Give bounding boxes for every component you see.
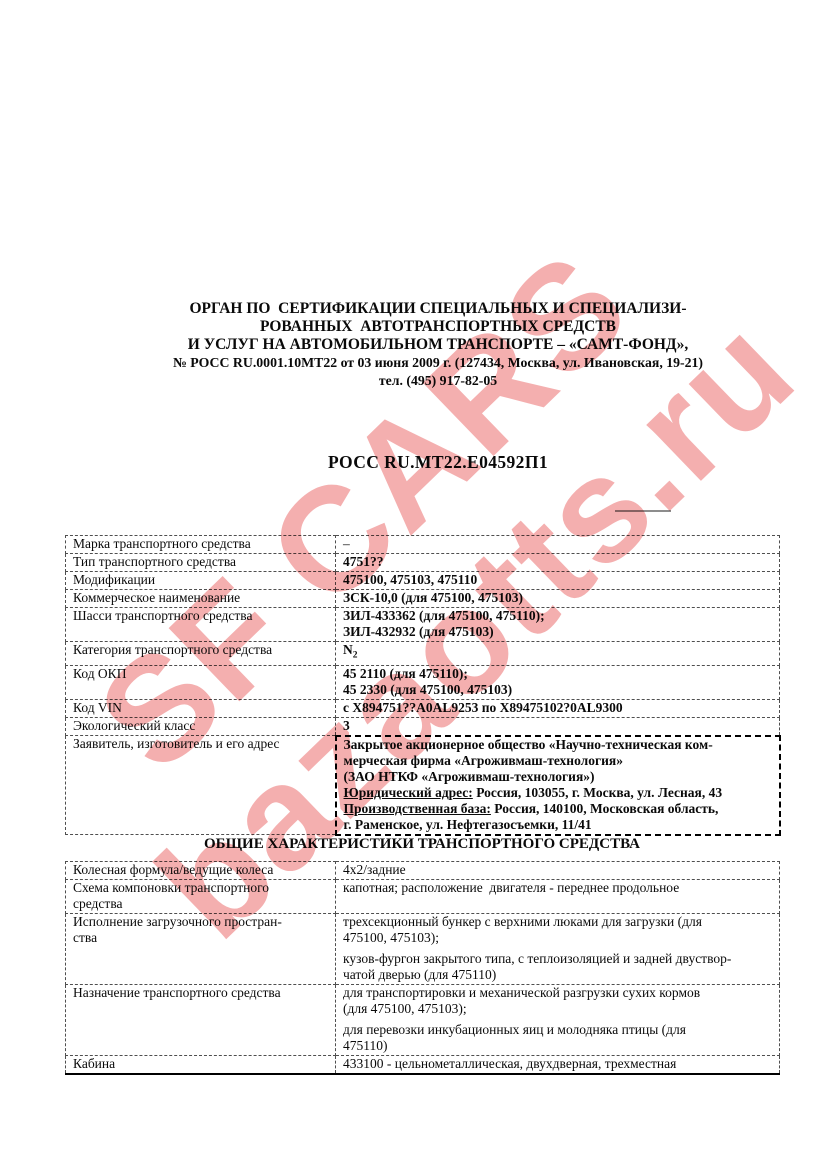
table-row: Коммерческое наименованиеЗСК-10,0 (для 4… (66, 590, 780, 608)
row-label: Код VIN (66, 699, 336, 717)
certificate-number-title: РОСС RU.MT22.E04592П1 (48, 452, 827, 473)
table-row: Экологический класс3 (66, 717, 780, 736)
value-paragraph: 433100 - цельнометаллическая, двухдверна… (343, 1056, 773, 1072)
row-label: Тип транспортного средства (66, 554, 336, 572)
short-rule (615, 510, 671, 512)
row-value: 3 (336, 717, 780, 736)
vehicle-info-table: Марка транспортного средства–Тип транспо… (65, 535, 781, 836)
row-value: ЗСК-10,0 (для 475100, 475103) (336, 590, 780, 608)
value-paragraph: – (343, 536, 773, 552)
row-label: Марка транспортного средства (66, 536, 336, 554)
row-value: 4х2/задние (336, 862, 780, 880)
value-paragraph: ЗИЛ-433362 (для 475100, 475110);ЗИЛ-4329… (343, 608, 773, 640)
value-paragraph: трехсекционный бункер с верхними люками … (343, 914, 773, 946)
row-label: Кабина (66, 1056, 336, 1075)
table-row: Кабина433100 - цельнометаллическая, двух… (66, 1056, 780, 1075)
value-paragraph: с X894751??A0AL9253 по X89475102?0AL9300 (343, 700, 773, 716)
value-paragraph: ЗСК-10,0 (для 475100, 475103) (343, 590, 773, 606)
row-value: для транспортировки и механической разгр… (336, 985, 780, 1056)
row-value: 433100 - цельнометаллическая, двухдверна… (336, 1056, 780, 1075)
row-label: Колесная формула/ведущие колеса (66, 862, 336, 880)
header-line: РОВАННЫХ АВТОТРАНСПОРТНЫХ СРЕДСТВ (48, 318, 827, 336)
row-value: трехсекционный бункер с верхними люками … (336, 914, 780, 985)
row-label: Исполнение загрузочного простран-ства (66, 914, 336, 985)
certification-body-header: ОРГАН ПО СЕРТИФИКАЦИИ СПЕЦИАЛЬНЫХ И СПЕЦ… (48, 300, 827, 390)
row-value: ЗИЛ-433362 (для 475100, 475110);ЗИЛ-4329… (336, 608, 780, 642)
row-value: капотная; расположение двигателя - перед… (336, 880, 780, 914)
row-value: – (336, 536, 780, 554)
general-characteristics-table: Колесная формула/ведущие колеса4х2/задни… (65, 861, 780, 1075)
row-value: 475100, 475103, 475110 (336, 572, 780, 590)
table-row: Тип транспортного средства4751?? (66, 554, 780, 572)
row-label: Схема компоновки транспортногосредства (66, 880, 336, 914)
header-line: И УСЛУГ НА АВТОМОБИЛЬНОМ ТРАНСПОРТЕ – «С… (48, 336, 827, 354)
table-row: Колесная формула/ведущие колеса4х2/задни… (66, 862, 780, 880)
header-line: тел. (495) 917-82-05 (48, 372, 827, 390)
value-paragraph: Закрытое акционерное общество «Научно-те… (344, 737, 773, 833)
row-value: Закрытое акционерное общество «Научно-те… (336, 736, 780, 835)
general-characteristics-heading: ОБЩИЕ ХАРАКТЕРИСТИКИ ТРАНСПОРТНОГО СРЕДС… (65, 836, 779, 853)
value-paragraph: капотная; расположение двигателя - перед… (343, 880, 773, 896)
table-row: Категория транспортного средстваN2 (66, 642, 780, 666)
row-label: Заявитель, изготовитель и его адрес (66, 736, 336, 835)
value-paragraph: кузов-фургон закрытого типа, с теплоизол… (343, 951, 773, 983)
row-label: Назначение транспортного средства (66, 985, 336, 1056)
table-row: Заявитель, изготовитель и его адресЗакры… (66, 736, 780, 835)
header-line: ОРГАН ПО СЕРТИФИКАЦИИ СПЕЦИАЛЬНЫХ И СПЕЦ… (48, 300, 827, 318)
table-row: Модификации475100, 475103, 475110 (66, 572, 780, 590)
table-row: Шасси транспортного средстваЗИЛ-433362 (… (66, 608, 780, 642)
value-paragraph: для транспортировки и механической разгр… (343, 985, 773, 1017)
row-value: 45 2110 (для 475110);45 2330 (для 475100… (336, 665, 780, 699)
row-label: Категория транспортного средства (66, 642, 336, 666)
row-value: N2 (336, 642, 780, 666)
table-row: Код VINс X894751??A0AL9253 по X89475102?… (66, 699, 780, 717)
value-paragraph: для перевозки инкубационных яиц и молодн… (343, 1022, 773, 1054)
table-row: Исполнение загрузочного простран-стватре… (66, 914, 780, 985)
header-line: № РОСС RU.0001.10МТ22 от 03 июня 2009 г.… (48, 354, 827, 372)
table-row: Марка транспортного средства– (66, 536, 780, 554)
value-paragraph: 475100, 475103, 475110 (343, 572, 773, 588)
row-label: Модификации (66, 572, 336, 590)
row-value: с X894751??A0AL9253 по X89475102?0AL9300 (336, 699, 780, 717)
value-paragraph: 4х2/задние (343, 862, 773, 878)
document-page: ОРГАН ПО СЕРТИФИКАЦИИ СПЕЦИАЛЬНЫХ И СПЕЦ… (0, 0, 827, 1170)
table-row: Назначение транспортного средствадля тра… (66, 985, 780, 1056)
table-row: Схема компоновки транспортногосредствака… (66, 880, 780, 914)
value-paragraph: N2 (343, 642, 773, 664)
row-value: 4751?? (336, 554, 780, 572)
value-paragraph: 4751?? (343, 554, 773, 570)
row-label: Экологический класс (66, 717, 336, 736)
row-label: Шасси транспортного средства (66, 608, 336, 642)
value-paragraph: 45 2110 (для 475110);45 2330 (для 475100… (343, 666, 773, 698)
row-label: Код ОКП (66, 665, 336, 699)
table-row: Код ОКП45 2110 (для 475110);45 2330 (для… (66, 665, 780, 699)
value-paragraph: 3 (343, 718, 773, 734)
row-label: Коммерческое наименование (66, 590, 336, 608)
